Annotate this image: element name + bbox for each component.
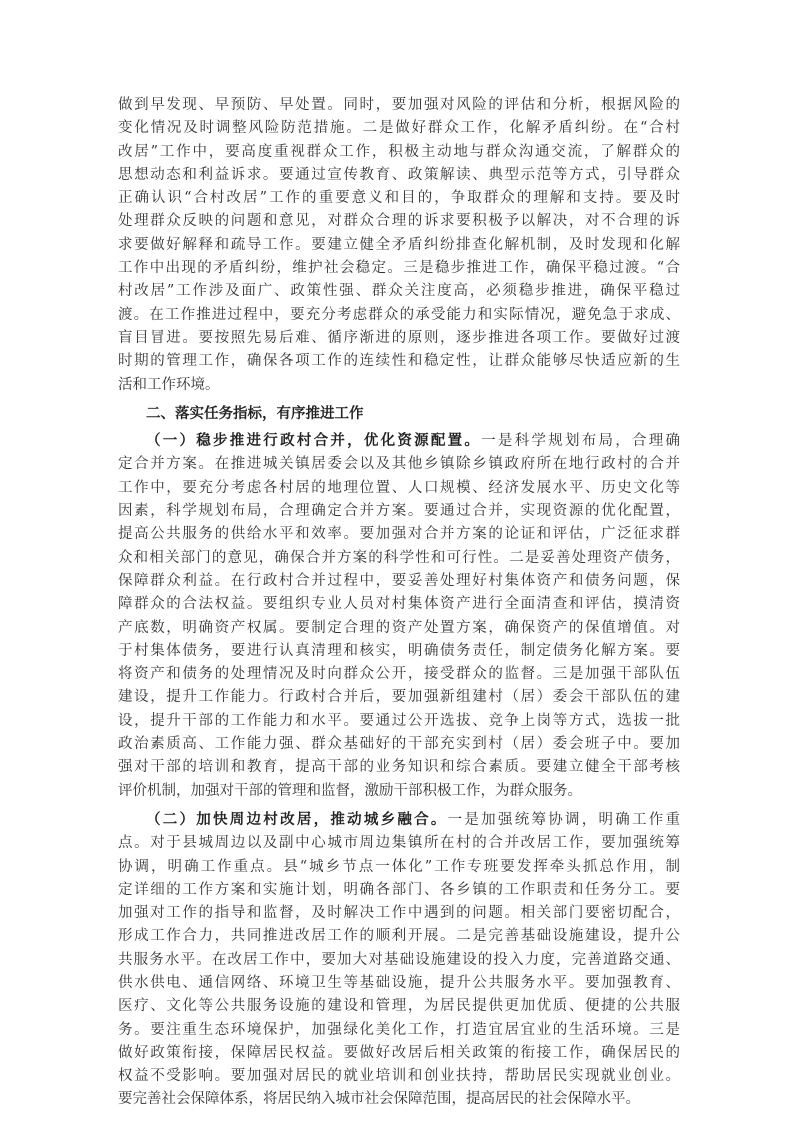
document-page: 做到早发现、早预防、早处置。同时，要加强对风险的评估和分析，根据风险的变化情况及… [118, 94, 680, 1112]
text-line: 改居”工作中，要高度重视群众工作，积极主动地与群众沟通交流，了解群众的 [118, 141, 680, 164]
text-line: 供水供电、通信网络、环境卫生等基础设施，提升公共服务水平。要加强教育、 [118, 972, 680, 995]
text-line: 保障群众利益。在行政村合并过程中，要妥善处理好村集体资产和债务问题，保 [118, 570, 680, 593]
text-line: 变化情况及时调整风险防范措施。二是做好群众工作，化解矛盾纠纷。在“合村 [118, 117, 680, 140]
text-line: 点。对于县城周边以及副中心城市周边集镇所在村的合并改居工作，要加强统筹 [118, 832, 680, 855]
text-line: 形成工作合力，共同推进改居工作的顺利开展。二是完善基础设施建设，提升公 [118, 925, 680, 948]
text-line: 将资产和债务的处理情况及时向群众公开，接受群众的监督。三是加强干部队伍 [118, 663, 680, 686]
text-line: 共服务水平。在改居工作中，要加大对基础设施建设的投入力度，完善道路交通、 [118, 949, 680, 972]
paragraph-risk-and-mass-work: 做到早发现、早预防、早处置。同时，要加强对风险的评估和分析，根据风险的变化情况及… [118, 94, 680, 397]
text-line: 因素，科学规划布局，合理确定合并方案。要通过合并，实现资源的优化配置， [118, 500, 680, 523]
text-line: 盲目冒进。要按照先易后难、循序渐进的原则，逐步推进各项工作。要做好过渡 [118, 327, 680, 350]
text-line: 定详细的工作方案和实施计划，明确各部门、各乡镇的工作职责和任务分工。要 [118, 879, 680, 902]
text-line: 政治素质高、工作能力强、群众基础好的干部充实到村（居）委会班子中。要加 [118, 733, 680, 756]
subsection-first-line: （一）稳步推进行政村合并，优化资源配置。一是科学规划布局，合理确 [118, 430, 680, 453]
subsection-village-to-residence: （二）加快周边村改居，推动城乡融合。一是加强统筹协调，明确工作重 点。对于县城周… [118, 809, 680, 1112]
text-line: 工作中出现的矛盾纠纷，维护社会稳定。三是稳步推进工作，确保平稳过渡。“合 [118, 257, 680, 280]
text-line: 产底数，明确资产权属。要制定合理的资产处置方案，确保资产的保值增值。对 [118, 617, 680, 640]
text-line: 医疗、文化等公共服务设施的建设和管理，为居民提供更加优质、便捷的公共服 [118, 995, 680, 1018]
text-line: 障群众的合法权益。要组织专业人员对村集体资产进行全面清查和评估，摸清资 [118, 593, 680, 616]
text-line: 强对干部的培训和教育，提高干部的业务知识和综合素质。要建立健全干部考核 [118, 756, 680, 779]
text-line: 村改居”工作涉及面广、政策性强、群众关注度高，必须稳步推进，确保平稳过 [118, 280, 680, 303]
subsection-lead-text: 一是科学规划布局，合理确 [481, 433, 680, 449]
text-line: 工作中，要充分考虑各村居的地理位置、人口规模、经济发展水平、历史文化等 [118, 477, 680, 500]
text-line: 加强对工作的指导和监督，及时解决工作中遇到的问题。相关部门要密切配合， [118, 902, 680, 925]
text-line: 做到早发现、早预防、早处置。同时，要加强对风险的评估和分析，根据风险的 [118, 94, 680, 117]
text-line: 做好政策衔接，保障居民权益。要做好改居后相关政策的衔接工作，确保居民的 [118, 1042, 680, 1065]
text-line: 权益不受影响。要加强对居民的就业培训和创业扶持，帮助居民实现就业创业。 [118, 1065, 680, 1088]
text-line: 处理群众反映的问题和意见，对群众合理的诉求要积极予以解决，对不合理的诉 [118, 210, 680, 233]
text-line: 时期的管理工作，确保各项工作的连续性和稳定性，让群众能够尽快适应新的生 [118, 350, 680, 373]
subsection-title: （二）加快周边村改居，推动城乡融合。 [146, 812, 448, 828]
text-line: 正确认识“合村改居”工作的重要意义和目的，争取群众的理解和支持。要及时 [118, 187, 680, 210]
text-line: 众和相关部门的意见，确保合并方案的科学性和可行性。二是妥善处理资产债务， [118, 547, 680, 570]
text-line: 评价机制，加强对干部的管理和监督，激励干部积极工作，为群众服务。 [118, 780, 680, 803]
text-line: 于村集体债务，要进行认真清理和核实，明确债务责任，制定债务化解方案。要 [118, 640, 680, 663]
section-heading: 二、落实任务指标，有序推进工作 [118, 403, 680, 426]
text-line: 提高公共服务的供给水平和效率。要加强对合并方案的论证和评估，广泛征求群 [118, 523, 680, 546]
subsection-lead-text: 一是加强统筹协调，明确工作重 [448, 812, 680, 828]
text-line: 要完善社会保障体系，将居民纳入城市社会保障范围，提高居民的社会保障水平。 [118, 1088, 680, 1111]
subsection-first-line: （二）加快周边村改居，推动城乡融合。一是加强统筹协调，明确工作重 [118, 809, 680, 832]
text-line: 渡。在工作推进过程中，要充分考虑群众的承受能力和实际情况，避免急于求成、 [118, 304, 680, 327]
subsection-title: （一）稳步推进行政村合并，优化资源配置。 [146, 433, 481, 449]
text-line: 建设，提升工作能力。行政村合并后，要加强新组建村（居）委会干部队伍的建 [118, 686, 680, 709]
text-line: 活和工作环境。 [118, 374, 680, 397]
subsection-merge-villages: （一）稳步推进行政村合并，优化资源配置。一是科学规划布局，合理确 定合并方案。在… [118, 430, 680, 803]
text-line: 协调，明确工作重点。县“城乡节点一体化”工作专班要发挥牵头抓总作用，制 [118, 856, 680, 879]
text-line: 思想动态和利益诉求。要通过宣传教育、政策解读、典型示范等方式，引导群众 [118, 164, 680, 187]
text-line: 务。要注重生态环境保护，加强绿化美化工作，打造宜居宜业的生活环境。三是 [118, 1019, 680, 1042]
text-line: 设，提升干部的工作能力和水平。要通过公开选拔、竞争上岗等方式，选拔一批 [118, 710, 680, 733]
text-line: 定合并方案。在推进城关镇居委会以及其他乡镇除乡镇政府所在地行政村的合并 [118, 453, 680, 476]
text-line: 求要做好解释和疏导工作。要建立健全矛盾纠纷排查化解机制，及时发现和化解 [118, 234, 680, 257]
